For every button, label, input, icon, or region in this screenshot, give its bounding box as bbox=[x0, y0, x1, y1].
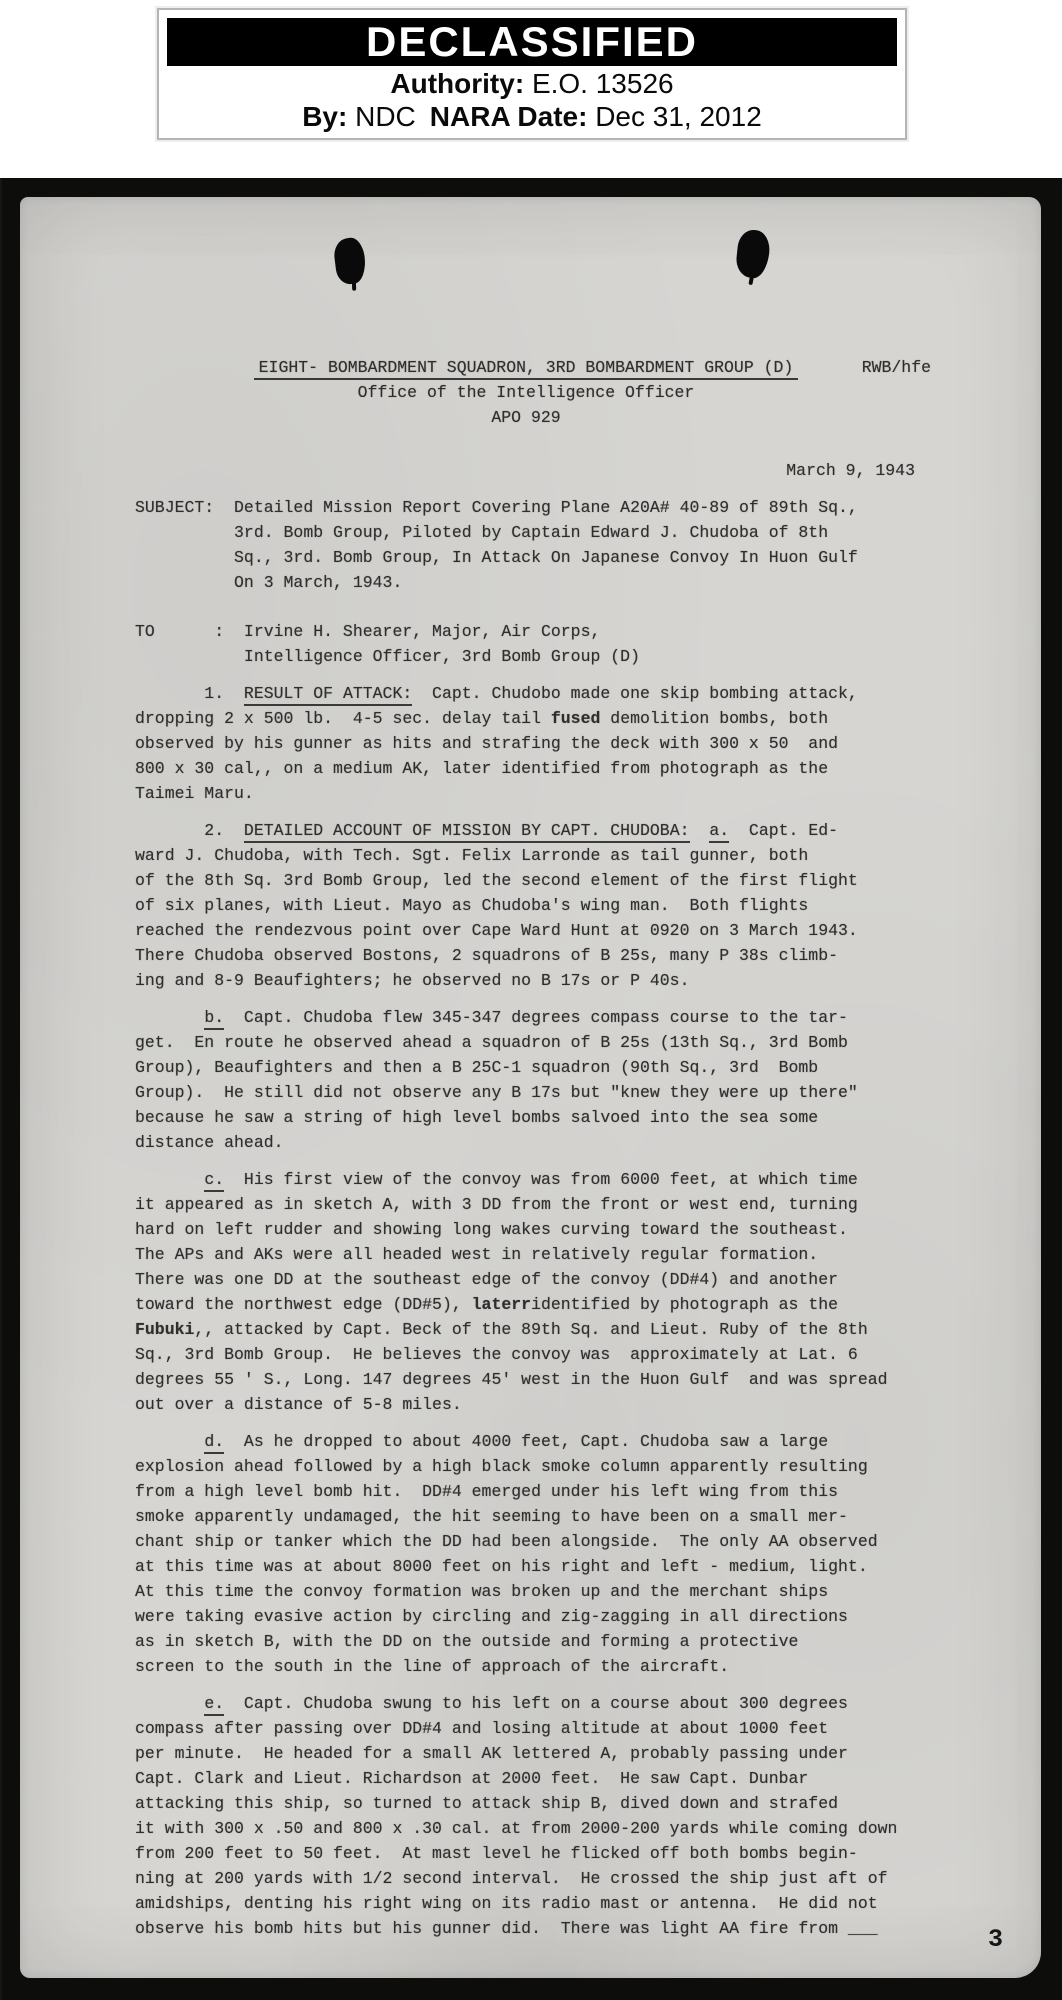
doc-segment: demolition bombs, both bbox=[600, 709, 828, 728]
paragraph-1-result-of-attack: 1. RESULT OF ATTACK: Capt. Chudobo made … bbox=[135, 681, 917, 806]
doc-segment: explosion ahead followed by a high black… bbox=[135, 1457, 868, 1476]
nara-date-label: NARA Date: bbox=[430, 101, 588, 132]
doc-line: There Chudoba observed Bostons, 2 squadr… bbox=[135, 943, 917, 968]
doc-segment-b: Fubuki bbox=[135, 1320, 194, 1339]
doc-segment: ,, attacked by Capt. Beck of the 89th Sq… bbox=[194, 1320, 867, 1339]
doc-segment: As he dropped to about 4000 feet, Capt. … bbox=[224, 1432, 828, 1451]
doc-line: TO : Irvine H. Shearer, Major, Air Corps… bbox=[135, 619, 917, 644]
doc-segment bbox=[690, 821, 710, 840]
nara-date-value: Dec 31, 2012 bbox=[595, 101, 762, 132]
doc-segment: There Chudoba observed Bostons, 2 squadr… bbox=[135, 946, 838, 965]
doc-line: At this time the convoy formation was br… bbox=[135, 1579, 917, 1604]
doc-line: screen to the south in the line of appro… bbox=[135, 1654, 917, 1679]
paragraph-2e: e. Capt. Chudoba swung to his left on a … bbox=[135, 1691, 917, 1941]
doc-segment: at this time was at about 8000 feet on h… bbox=[135, 1557, 868, 1576]
by-nara-line: By: NDCNARA Date: Dec 31, 2012 bbox=[167, 101, 897, 132]
doc-line: Group), Beaufighters and then a B 25C-1 … bbox=[135, 1055, 917, 1080]
doc-segment: of six planes, with Lieut. Mayo as Chudo… bbox=[135, 896, 808, 915]
doc-line: smoke apparently undamaged, the hit seem… bbox=[135, 1504, 917, 1529]
paragraph-2b: b. Capt. Chudoba flew 345-347 degrees co… bbox=[135, 1005, 917, 1155]
screenshot-root: DECLASSIFIED Authority: E.O. 13526 By: N… bbox=[0, 0, 1062, 2000]
doc-segment: per minute. He headed for a small AK let… bbox=[135, 1744, 848, 1763]
document-body: SUBJECT: Detailed Mission Report Coverin… bbox=[135, 495, 917, 1941]
doc-line: get. En route he observed ahead a squadr… bbox=[135, 1030, 917, 1055]
doc-line: observe his bomb hits but his gunner did… bbox=[135, 1916, 917, 1941]
doc-segment: 800 x 30 cal,, on a medium AK, later ide… bbox=[135, 759, 828, 778]
doc-line: explosion ahead followed by a high black… bbox=[135, 1454, 917, 1479]
doc-line: from 200 feet to 50 feet. At mast level … bbox=[135, 1841, 917, 1866]
letterhead-unit-line: EIGHT- BOMBARDMENT SQUADRON, 3RD BOMBARD… bbox=[135, 355, 917, 380]
doc-segment-u: a. bbox=[709, 821, 729, 843]
doc-line: per minute. He headed for a small AK let… bbox=[135, 1741, 917, 1766]
doc-line: ning at 200 yards with 1/2 second interv… bbox=[135, 1866, 917, 1891]
doc-segment: ward J. Chudoba, with Tech. Sgt. Felix L… bbox=[135, 846, 808, 865]
doc-segment: reached the rendezvous point over Cape W… bbox=[135, 921, 858, 940]
doc-line: Intelligence Officer, 3rd Bomb Group (D) bbox=[135, 644, 917, 669]
doc-segment: identified by photograph as the bbox=[531, 1295, 838, 1314]
doc-line: Sq., 3rd Bomb Group. He believes the con… bbox=[135, 1342, 917, 1367]
doc-segment: as in sketch B, with the DD on the outsi… bbox=[135, 1632, 798, 1651]
doc-line: degrees 55 ' S., Long. 147 degrees 45' w… bbox=[135, 1367, 917, 1392]
doc-line: d. As he dropped to about 4000 feet, Cap… bbox=[135, 1429, 917, 1454]
doc-line: were taking evasive action by circling a… bbox=[135, 1604, 917, 1629]
typewritten-content: EIGHT- BOMBARDMENT SQUADRON, 3RD BOMBARD… bbox=[135, 355, 917, 1941]
doc-line: because he saw a string of high level bo… bbox=[135, 1105, 917, 1130]
authority-label: Authority: bbox=[390, 68, 524, 99]
doc-line: as in sketch B, with the DD on the outsi… bbox=[135, 1629, 917, 1654]
doc-segment: were taking evasive action by circling a… bbox=[135, 1607, 848, 1626]
doc-segment: At this time the convoy formation was br… bbox=[135, 1582, 828, 1601]
subject-block: SUBJECT: Detailed Mission Report Coverin… bbox=[135, 495, 917, 595]
doc-segment: it appeared as in sketch A, with 3 DD fr… bbox=[135, 1195, 858, 1214]
doc-segment-b: laterr bbox=[472, 1295, 531, 1314]
doc-line: compass after passing over DD#4 and losi… bbox=[135, 1716, 917, 1741]
paragraph-2d: d. As he dropped to about 4000 feet, Cap… bbox=[135, 1429, 917, 1679]
doc-segment: amidships, denting his right wing on its… bbox=[135, 1894, 878, 1913]
letterhead-ref: RWB/hfe bbox=[862, 355, 931, 380]
doc-line: observed by his gunner as hits and straf… bbox=[135, 731, 917, 756]
hole-punch-left bbox=[332, 236, 367, 285]
doc-segment: compass after passing over DD#4 and losi… bbox=[135, 1719, 828, 1738]
doc-segment: it with 300 x .50 and 800 x .30 cal. at … bbox=[135, 1819, 897, 1838]
doc-segment: degrees 55 ' S., Long. 147 degrees 45' w… bbox=[135, 1370, 888, 1389]
doc-segment: toward the northwest edge (DD#5), bbox=[135, 1295, 472, 1314]
letterhead: EIGHT- BOMBARDMENT SQUADRON, 3RD BOMBARD… bbox=[135, 355, 917, 430]
doc-line: it with 300 x .50 and 800 x .30 cal. at … bbox=[135, 1816, 917, 1841]
doc-segment: Taimei Maru. bbox=[135, 784, 254, 803]
declassified-banner: DECLASSIFIED Authority: E.O. 13526 By: N… bbox=[157, 8, 907, 140]
doc-segment: 2. bbox=[135, 821, 244, 840]
paragraph-2a-detailed-account: 2. DETAILED ACCOUNT OF MISSION BY CAPT. … bbox=[135, 818, 917, 993]
doc-segment: from a high level bomb hit. DD#4 emerged… bbox=[135, 1482, 838, 1501]
doc-line: from a high level bomb hit. DD#4 emerged… bbox=[135, 1479, 917, 1504]
doc-segment: Sq., 3rd Bomb Group. He believes the con… bbox=[135, 1345, 858, 1364]
doc-line: hard on left rudder and showing long wak… bbox=[135, 1217, 917, 1242]
doc-segment: ing and 8-9 Beaufighters; he observed no… bbox=[135, 971, 690, 990]
doc-line: Fubuki,, attacked by Capt. Beck of the 8… bbox=[135, 1317, 917, 1342]
doc-line: distance ahead. bbox=[135, 1130, 917, 1155]
doc-segment: 3rd. Bomb Group, Piloted by Captain Edwa… bbox=[135, 523, 828, 542]
doc-segment: distance ahead. bbox=[135, 1133, 284, 1152]
doc-segment: Intelligence Officer, 3rd Bomb Group (D) bbox=[135, 647, 640, 666]
doc-segment: from 200 feet to 50 feet. At mast level … bbox=[135, 1844, 858, 1863]
by-label: By: bbox=[302, 101, 347, 132]
doc-segment: SUBJECT: Detailed Mission Report Coverin… bbox=[135, 498, 858, 517]
doc-segment-u: DETAILED ACCOUNT OF MISSION BY CAPT. CHU… bbox=[244, 821, 690, 843]
doc-line: reached the rendezvous point over Cape W… bbox=[135, 918, 917, 943]
doc-line: attacking this ship, so turned to attack… bbox=[135, 1791, 917, 1816]
doc-line: Sq., 3rd. Bomb Group, In Attack On Japan… bbox=[135, 545, 917, 570]
doc-line: it appeared as in sketch A, with 3 DD fr… bbox=[135, 1192, 917, 1217]
doc-segment: Sq., 3rd. Bomb Group, In Attack On Japan… bbox=[135, 548, 858, 567]
hole-punch-right bbox=[735, 228, 772, 279]
doc-segment: observed by his gunner as hits and straf… bbox=[135, 734, 838, 753]
doc-line: chant ship or tanker which the DD had be… bbox=[135, 1529, 917, 1554]
doc-segment: On 3 March, 1943. bbox=[135, 573, 402, 592]
authority-line: Authority: E.O. 13526 bbox=[167, 68, 897, 99]
doc-line: of six planes, with Lieut. Mayo as Chudo… bbox=[135, 893, 917, 918]
doc-segment: Group), Beaufighters and then a B 25C-1 … bbox=[135, 1058, 818, 1077]
doc-segment: Capt. Ed- bbox=[729, 821, 838, 840]
doc-segment bbox=[135, 1694, 204, 1713]
doc-segment: attacking this ship, so turned to attack… bbox=[135, 1794, 838, 1813]
doc-segment: dropping 2 x 500 lb. 4-5 sec. delay tail bbox=[135, 709, 551, 728]
by-value: NDC bbox=[355, 101, 416, 132]
doc-segment-u: d. bbox=[204, 1432, 224, 1454]
doc-line: 800 x 30 cal,, on a medium AK, later ide… bbox=[135, 756, 917, 781]
doc-segment: smoke apparently undamaged, the hit seem… bbox=[135, 1507, 848, 1526]
doc-line: b. Capt. Chudoba flew 345-347 degrees co… bbox=[135, 1005, 917, 1030]
doc-line: toward the northwest edge (DD#5), laterr… bbox=[135, 1292, 917, 1317]
doc-segment: His first view of the convoy was from 60… bbox=[224, 1170, 858, 1189]
doc-line: out over a distance of 5-8 miles. bbox=[135, 1392, 917, 1417]
doc-line: amidships, denting his right wing on its… bbox=[135, 1891, 917, 1916]
to-block: TO : Irvine H. Shearer, Major, Air Corps… bbox=[135, 619, 917, 669]
doc-line: c. His first view of the convoy was from… bbox=[135, 1167, 917, 1192]
doc-line: e. Capt. Chudoba swung to his left on a … bbox=[135, 1691, 917, 1716]
doc-segment: hard on left rudder and showing long wak… bbox=[135, 1220, 848, 1239]
doc-segment: observe his bomb hits but his gunner did… bbox=[135, 1919, 848, 1938]
doc-segment bbox=[135, 1008, 204, 1027]
doc-line: On 3 March, 1943. bbox=[135, 570, 917, 595]
doc-segment-u: c. bbox=[204, 1170, 224, 1192]
doc-segment: out over a distance of 5-8 miles. bbox=[135, 1395, 462, 1414]
doc-segment: 1. bbox=[135, 684, 244, 703]
doc-segment-u: e. bbox=[204, 1694, 224, 1716]
doc-line: at this time was at about 8000 feet on h… bbox=[135, 1554, 917, 1579]
doc-segment: get. En route he observed ahead a squadr… bbox=[135, 1033, 848, 1052]
doc-line: 1. RESULT OF ATTACK: Capt. Chudobo made … bbox=[135, 681, 917, 706]
doc-line: Group). He still did not observe any B 1… bbox=[135, 1080, 917, 1105]
doc-line: ward J. Chudoba, with Tech. Sgt. Felix L… bbox=[135, 843, 917, 868]
doc-segment: of the 8th Sq. 3rd Bomb Group, led the s… bbox=[135, 871, 858, 890]
declassified-title: DECLASSIFIED bbox=[167, 18, 897, 66]
doc-segment: ning at 200 yards with 1/2 second interv… bbox=[135, 1869, 888, 1888]
doc-segment-u: RESULT OF ATTACK: bbox=[244, 684, 412, 706]
doc-segment: Capt. Chudoba flew 345-347 degrees compa… bbox=[224, 1008, 848, 1027]
page-number: 3 bbox=[988, 1925, 1003, 1954]
letterhead-apo: APO 929 bbox=[135, 405, 917, 430]
doc-segment: TO : Irvine H. Shearer, Major, Air Corps… bbox=[135, 622, 600, 641]
doc-line: dropping 2 x 500 lb. 4-5 sec. delay tail… bbox=[135, 706, 917, 731]
doc-segment bbox=[135, 1432, 204, 1451]
doc-segment-b: fused bbox=[551, 709, 601, 728]
doc-line: The APs and AKs were all headed west in … bbox=[135, 1242, 917, 1267]
doc-segment bbox=[135, 1170, 204, 1189]
doc-segment: The APs and AKs were all headed west in … bbox=[135, 1245, 818, 1264]
doc-line: Taimei Maru. bbox=[135, 781, 917, 806]
doc-line: 2. DETAILED ACCOUNT OF MISSION BY CAPT. … bbox=[135, 818, 917, 843]
letterhead-unit: EIGHT- BOMBARDMENT SQUADRON, 3RD BOMBARD… bbox=[254, 358, 799, 380]
doc-line: 3rd. Bomb Group, Piloted by Captain Edwa… bbox=[135, 520, 917, 545]
doc-segment: screen to the south in the line of appro… bbox=[135, 1657, 729, 1676]
paragraph-2c: c. His first view of the convoy was from… bbox=[135, 1167, 917, 1417]
doc-segment: There was one DD at the southeast edge o… bbox=[135, 1270, 838, 1289]
document-page: EIGHT- BOMBARDMENT SQUADRON, 3RD BOMBARD… bbox=[20, 197, 1041, 1978]
doc-segment: because he saw a string of high level bo… bbox=[135, 1108, 818, 1127]
document-date: March 9, 1943 bbox=[135, 458, 917, 483]
doc-line: Capt. Clark and Lieut. Richardson at 200… bbox=[135, 1766, 917, 1791]
letterhead-office: Office of the Intelligence Officer bbox=[135, 380, 917, 405]
doc-segment: chant ship or tanker which the DD had be… bbox=[135, 1532, 878, 1551]
doc-segment-u: b. bbox=[204, 1008, 224, 1030]
doc-segment: Capt. Clark and Lieut. Richardson at 200… bbox=[135, 1769, 808, 1788]
doc-segment-b: ___ bbox=[848, 1919, 878, 1938]
doc-line: ing and 8-9 Beaufighters; he observed no… bbox=[135, 968, 917, 993]
doc-segment: Capt. Chudobo made one skip bombing atta… bbox=[412, 684, 858, 703]
scanned-document-background: EIGHT- BOMBARDMENT SQUADRON, 3RD BOMBARD… bbox=[0, 178, 1062, 2000]
authority-value: E.O. 13526 bbox=[532, 68, 674, 99]
doc-segment: Capt. Chudoba swung to his left on a cou… bbox=[224, 1694, 848, 1713]
doc-line: SUBJECT: Detailed Mission Report Coverin… bbox=[135, 495, 917, 520]
doc-segment: Group). He still did not observe any B 1… bbox=[135, 1083, 858, 1102]
doc-line: of the 8th Sq. 3rd Bomb Group, led the s… bbox=[135, 868, 917, 893]
doc-line: There was one DD at the southeast edge o… bbox=[135, 1267, 917, 1292]
